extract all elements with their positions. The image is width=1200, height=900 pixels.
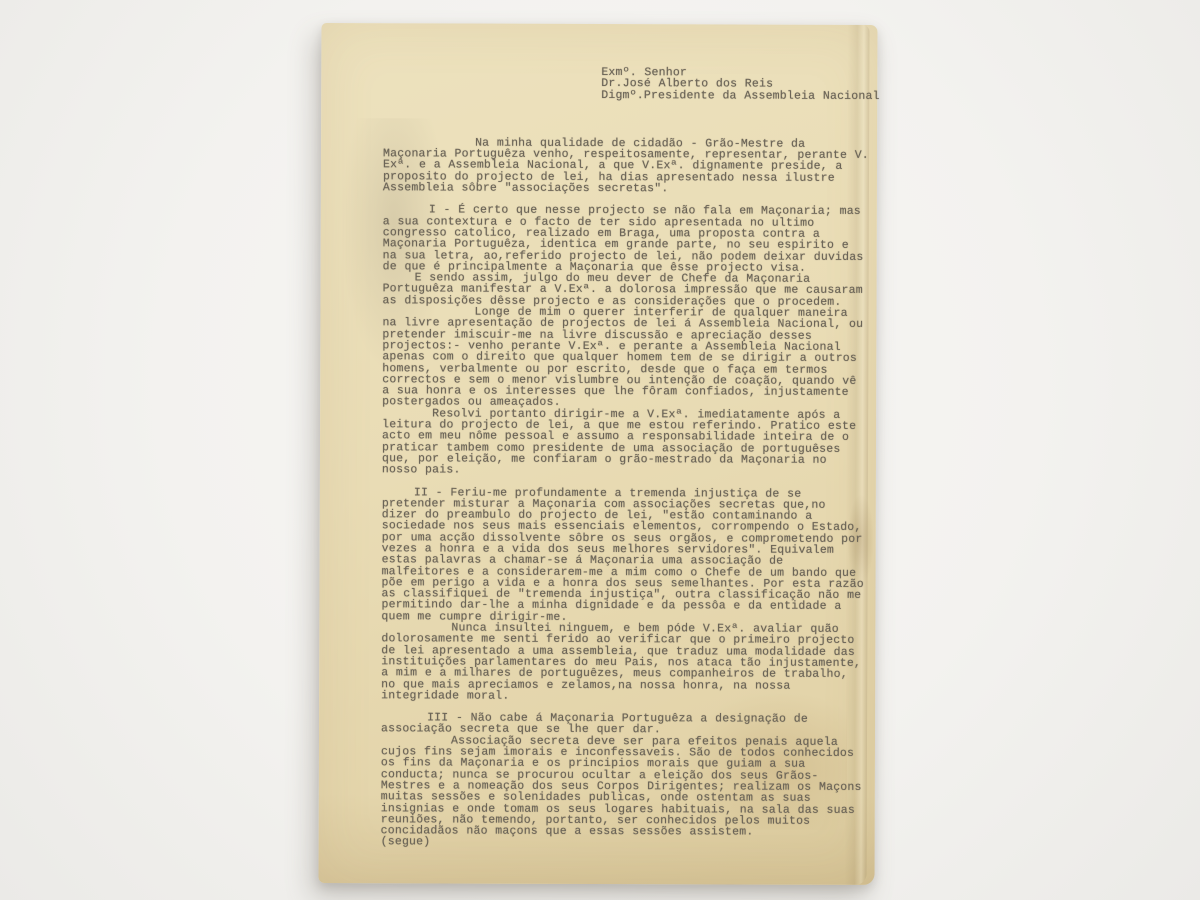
recipient-line-title: Digmº.Presidente da Assembleia Nacional — [601, 90, 869, 102]
typed-text-block: Exmº. Senhor Dr.José Alberto dos Reis Di… — [381, 66, 870, 849]
paragraph-section-1d: Resolvi portanto dirigir-me a V.Exª. ime… — [382, 408, 868, 477]
paragraph-intro: Na minha qualidade de cidadão - Grão-Mes… — [383, 137, 869, 195]
paragraph-section-2: II - Feriu-me profundamente a tremenda i… — [381, 487, 867, 624]
paragraph-section-2b: Nunca insultei ninguem, e bem póde V.Exª… — [381, 622, 867, 703]
paragraph-section-1c: Longe de mim o querer interferir de qual… — [382, 306, 868, 409]
paragraph-section-1: I - É certo que nesse projecto se não fa… — [383, 205, 869, 274]
recipient-address: Exmº. Senhor Dr.José Alberto dos Reis Di… — [601, 67, 869, 102]
paragraph-section-1b: E sendo assim, julgo do meu dever de Che… — [383, 272, 869, 308]
document-page: Exmº. Senhor Dr.José Alberto dos Reis Di… — [319, 23, 878, 885]
continuation-note: (segue) — [381, 837, 867, 850]
paragraph-section-3b: Associação secreta deve ser para efeitos… — [381, 735, 867, 838]
paragraph-section-3: III - Não cabe á Maçonaria Portuguêza a … — [381, 712, 867, 736]
photo-background: Exmº. Senhor Dr.José Alberto dos Reis Di… — [0, 0, 1200, 900]
